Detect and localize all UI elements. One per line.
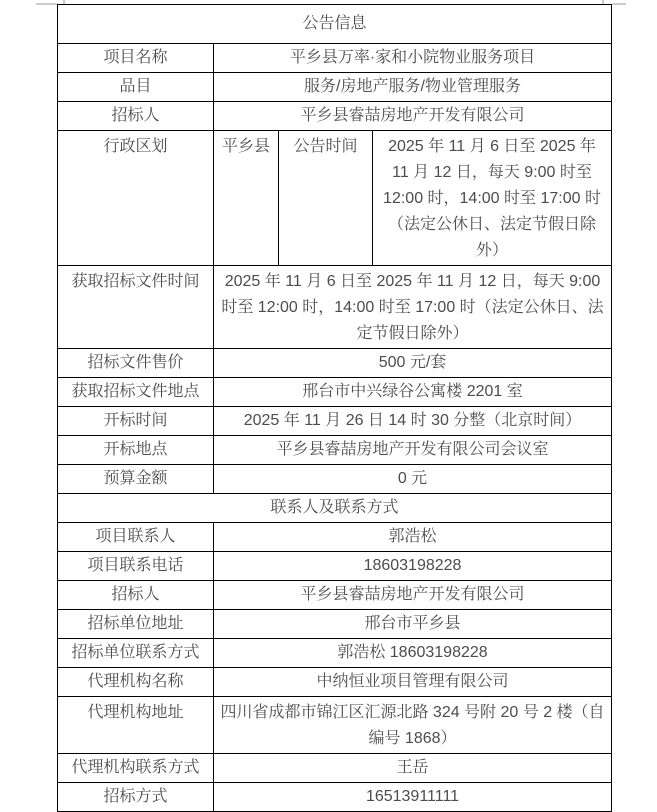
row-value-category: 服务/房地产服务/物业管理服务 bbox=[214, 73, 612, 102]
table-row: 品目 服务/房地产服务/物业管理服务 bbox=[58, 73, 612, 102]
table-row: 获取招标文件时间 2025 年 11 月 6 日至 2025 年 11 月 12… bbox=[58, 266, 612, 349]
row-value-project-contact: 郭浩松 bbox=[214, 523, 612, 552]
row-value-agency-address: 四川省成都市锦江区汇源北路 324 号附 20 号 2 楼（自编号 1868） bbox=[214, 697, 612, 754]
row-label-category: 品目 bbox=[58, 73, 214, 102]
row-label-doc-price: 招标文件售价 bbox=[58, 349, 214, 378]
crop-artifact-top-left-line bbox=[36, 3, 58, 5]
row-label-admin-division: 行政区划 bbox=[58, 131, 214, 266]
row-value-doc-obtain-time: 2025 年 11 月 6 日至 2025 年 11 月 12 日，每天 9:0… bbox=[214, 266, 612, 349]
table-row: 开标地点 平乡县睿喆房地产开发有限公司会议室 bbox=[58, 436, 612, 465]
row-value-region: 平乡县 bbox=[214, 131, 279, 266]
row-value-doc-price: 500 元/套 bbox=[214, 349, 612, 378]
table-row: 项目名称 平乡县万率·家和小院物业服务项目 bbox=[58, 44, 612, 73]
row-value-bid-opening-place: 平乡县睿喆房地产开发有限公司会议室 bbox=[214, 436, 612, 465]
row-label-doc-obtain-time: 获取招标文件时间 bbox=[58, 266, 214, 349]
row-value-tenderer-address: 邢台市平乡县 bbox=[214, 610, 612, 639]
section-header-contacts: 联系人及联系方式 bbox=[58, 494, 612, 523]
row-label-bid-opening-time: 开标时间 bbox=[58, 407, 214, 436]
row-label-project-name: 项目名称 bbox=[58, 44, 214, 73]
row-value-announce-time: 2025 年 11 月 6 日至 2025 年 11 月 12 日，每天 9:0… bbox=[373, 131, 612, 266]
row-label-bid-opening-place: 开标地点 bbox=[58, 436, 214, 465]
announcement-info-table: 公告信息 项目名称 平乡县万率·家和小院物业服务项目 品目 服务/房地产服务/物… bbox=[57, 4, 612, 812]
table-row: 项目联系人 郭浩松 bbox=[58, 523, 612, 552]
row-value-agency-name: 中纳恒业项目管理有限公司 bbox=[214, 668, 612, 697]
table-row: 代理机构地址 四川省成都市锦江区汇源北路 324 号附 20 号 2 楼（自编号… bbox=[58, 697, 612, 754]
table-row-admin-division: 行政区划 平乡县 公告时间 2025 年 11 月 6 日至 2025 年 11… bbox=[58, 131, 612, 266]
row-label-agency-contact: 代理机构联系方式 bbox=[58, 754, 214, 783]
row-value-tenderer-2: 平乡县睿喆房地产开发有限公司 bbox=[214, 581, 612, 610]
row-value-project-name: 平乡县万率·家和小院物业服务项目 bbox=[214, 44, 612, 73]
row-value-budget: 0 元 bbox=[214, 465, 612, 494]
row-label-tender-method: 招标方式 bbox=[58, 783, 214, 812]
row-label-announce-time: 公告时间 bbox=[279, 131, 373, 266]
row-label-project-phone: 项目联系电话 bbox=[58, 552, 214, 581]
table-row: 代理机构名称 中纳恒业项目管理有限公司 bbox=[58, 668, 612, 697]
row-label-tenderer-2: 招标人 bbox=[58, 581, 214, 610]
row-value-tenderer: 平乡县睿喆房地产开发有限公司 bbox=[214, 102, 612, 131]
row-label-project-contact: 项目联系人 bbox=[58, 523, 214, 552]
row-value-project-phone: 18603198228 bbox=[214, 552, 612, 581]
row-label-doc-obtain-place: 获取招标文件地点 bbox=[58, 378, 214, 407]
row-value-tender-method: 16513911111 bbox=[214, 783, 612, 812]
table-row: 招标人 平乡县睿喆房地产开发有限公司 bbox=[58, 581, 612, 610]
row-value-doc-obtain-place: 邢台市中兴绿谷公寓楼 2201 室 bbox=[214, 378, 612, 407]
table-row: 招标单位联系方式 郭浩松 18603198228 bbox=[58, 639, 612, 668]
table-row: 代理机构联系方式 王岳 bbox=[58, 754, 612, 783]
row-value-bid-opening-time: 2025 年 11 月 26 日 14 时 30 分整（北京时间） bbox=[214, 407, 612, 436]
crop-artifact-top-right-line bbox=[612, 3, 626, 5]
table-row: 项目联系电话 18603198228 bbox=[58, 552, 612, 581]
row-value-agency-contact: 王岳 bbox=[214, 754, 612, 783]
table-row: 招标文件售价 500 元/套 bbox=[58, 349, 612, 378]
row-label-tenderer-contact: 招标单位联系方式 bbox=[58, 639, 214, 668]
row-label-tenderer-address: 招标单位地址 bbox=[58, 610, 214, 639]
table-row: 获取招标文件地点 邢台市中兴绿谷公寓楼 2201 室 bbox=[58, 378, 612, 407]
row-label-agency-name: 代理机构名称 bbox=[58, 668, 214, 697]
row-label-tenderer: 招标人 bbox=[58, 102, 214, 131]
table-row: 招标方式 16513911111 bbox=[58, 783, 612, 812]
table-row: 开标时间 2025 年 11 月 26 日 14 时 30 分整（北京时间） bbox=[58, 407, 612, 436]
row-label-budget: 预算金额 bbox=[58, 465, 214, 494]
row-value-tenderer-contact: 郭浩松 18603198228 bbox=[214, 639, 612, 668]
table-row: 预算金额 0 元 bbox=[58, 465, 612, 494]
section-header-announcement: 公告信息 bbox=[58, 5, 612, 44]
table-row: 招标人 平乡县睿喆房地产开发有限公司 bbox=[58, 102, 612, 131]
table-row: 招标单位地址 邢台市平乡县 bbox=[58, 610, 612, 639]
row-label-agency-address: 代理机构地址 bbox=[58, 697, 214, 754]
